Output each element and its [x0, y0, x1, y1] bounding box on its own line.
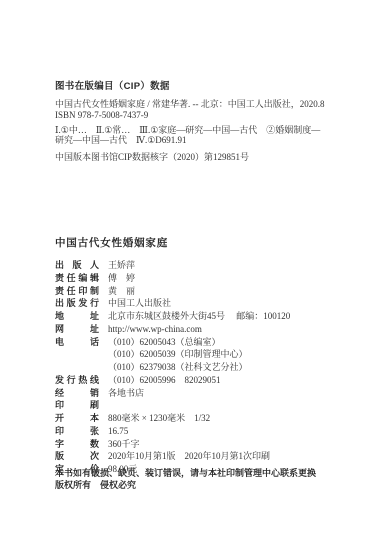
row-format: 开本 880毫米 × 1230毫米 1/32 — [55, 412, 345, 425]
row-label: 网址 — [55, 323, 99, 336]
row-label: 责任编辑 — [55, 272, 99, 285]
copyright-page: 图书在版编目（CIP）数据 中国古代女性婚姻家庭 / 常建华著. -- 北京：中… — [0, 0, 375, 543]
cip-header: 图书在版编目（CIP）数据 — [55, 78, 339, 92]
website-url: http://www.wp-china.com — [108, 323, 202, 336]
row-editor: 责任编辑 傅 婷 — [55, 272, 345, 285]
row-value: 北京市东城区鼓楼外大街45号 邮编：100120 — [108, 310, 290, 323]
row-label: 地址 — [55, 310, 99, 323]
cip-class-line-2: 研究—中国—古代 Ⅳ.①D691.91 — [55, 135, 339, 146]
cip-block: 图书在版编目（CIP）数据 中国古代女性婚姻家庭 / 常建华著. -- 北京：中… — [55, 78, 339, 162]
row-phone-2: （010）62005039（印制管理中心） — [55, 348, 345, 361]
row-label: 版次 — [55, 450, 99, 463]
row-value: 360千字 — [108, 438, 140, 451]
row-printer: 印刷 — [55, 399, 345, 412]
row-label: 出版人 — [55, 259, 99, 272]
row-value: 中国工人出版社 — [108, 297, 171, 310]
row-distributor: 经销 各地书店 — [55, 387, 345, 400]
row-value: 16.75 — [108, 425, 128, 438]
row-value: （010）62005039（印制管理中心） — [108, 348, 248, 361]
colophon-block: 出版人 王娇萍 责任编辑 傅 婷 责任印制 黄 丽 出版发行 中国工人出版社 地… — [55, 259, 345, 476]
damage-replacement-note: 本书如有破损、缺页、装订错误，请与本社印制管理中心联系更换 — [55, 467, 345, 479]
row-label: 开本 — [55, 412, 99, 425]
row-value: （010）62005996 82029051 — [108, 374, 221, 387]
bottom-notes: 本书如有破损、缺页、装订错误，请与本社印制管理中心联系更换 版权所有 侵权必究 — [55, 467, 345, 492]
row-value: 傅 婷 — [108, 272, 135, 285]
row-print-supervisor: 责任印制 黄 丽 — [55, 285, 345, 298]
row-address: 地址 北京市东城区鼓楼外大街45号 邮编：100120 — [55, 310, 345, 323]
row-label: 电话 — [55, 336, 99, 349]
row-value: 880毫米 × 1230毫米 1/32 — [108, 412, 210, 425]
book-title: 中国古代女性婚姻家庭 — [55, 235, 168, 250]
cip-isbn-line: ISBN 978-7-5008-7437-9 — [55, 110, 339, 121]
row-label: 责任印制 — [55, 285, 99, 298]
row-value: 王娇萍 — [108, 259, 135, 272]
row-label: 经销 — [55, 387, 99, 400]
cip-entry-line: 中国古代女性婚姻家庭 / 常建华著. -- 北京：中国工人出版社，2020.8 — [55, 99, 339, 110]
copyright-notice: 版权所有 侵权必究 — [55, 479, 345, 491]
row-label: 出版发行 — [55, 297, 99, 310]
row-label: 印刷 — [55, 399, 99, 412]
row-publisher-person: 出版人 王娇萍 — [55, 259, 345, 272]
row-label: 印张 — [55, 425, 99, 438]
row-value: （010）62005043（总编室） — [108, 336, 221, 349]
row-value: 2020年10月第1版 2020年10月第1次印刷 — [108, 450, 270, 463]
row-value: （010）62379038（社科文艺分社） — [108, 361, 248, 374]
row-label: 字数 — [55, 438, 99, 451]
row-label: 发行热线 — [55, 374, 99, 387]
row-sheets: 印张 16.75 — [55, 425, 345, 438]
row-distribution-hotline: 发行热线 （010）62005996 82029051 — [55, 374, 345, 387]
cip-record-line: 中国版本图书馆CIP数据核字（2020）第129851号 — [55, 152, 339, 163]
row-value: 黄 丽 — [108, 285, 135, 298]
row-edition: 版次 2020年10月第1版 2020年10月第1次印刷 — [55, 450, 345, 463]
row-phone-1: 电话 （010）62005043（总编室） — [55, 336, 345, 349]
row-phone-3: （010）62379038（社科文艺分社） — [55, 361, 345, 374]
row-word-count: 字数 360千字 — [55, 438, 345, 451]
row-value: 各地书店 — [108, 387, 144, 400]
cip-class-line-1: Ⅰ.①中… Ⅱ.①常… Ⅲ.①家庭—研究—中国—古代 ②婚姻制度— — [55, 125, 339, 136]
row-publisher: 出版发行 中国工人出版社 — [55, 297, 345, 310]
row-website: 网址 http://www.wp-china.com — [55, 323, 345, 336]
